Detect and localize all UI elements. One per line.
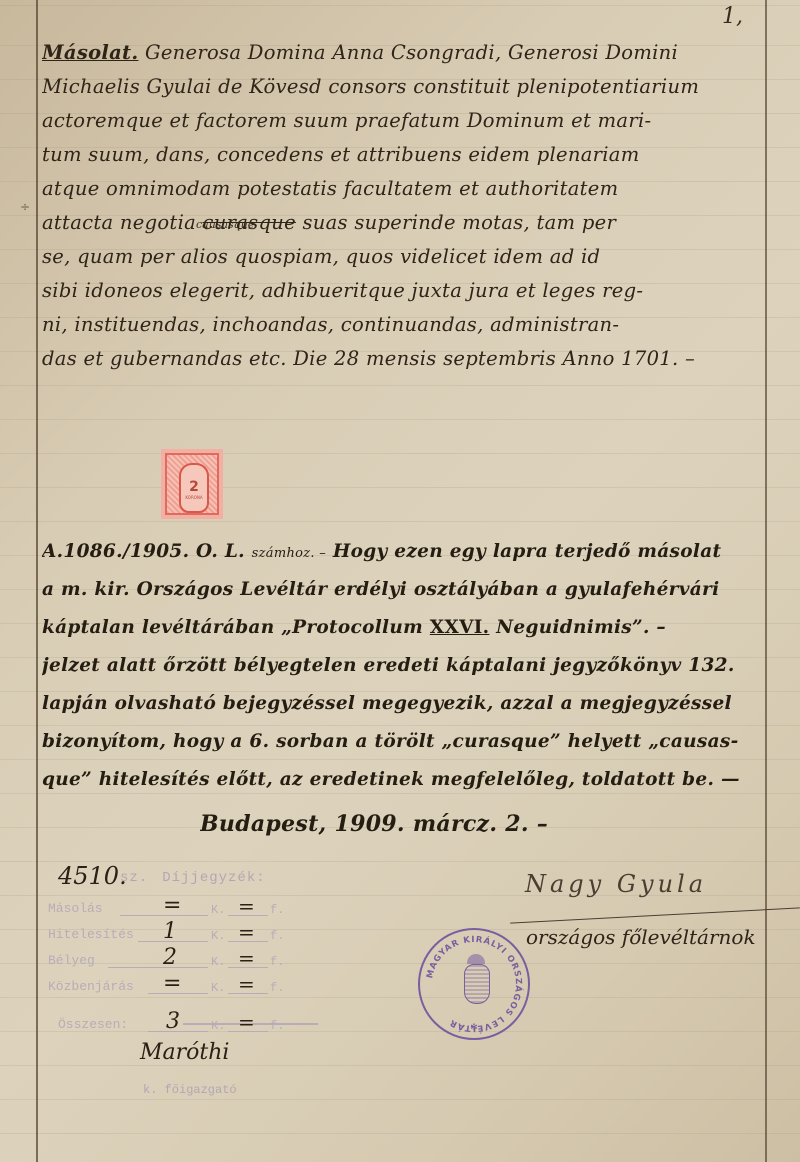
- certification-line-2: a m. kir. Országos Levéltár erdélyi oszt…: [42, 572, 762, 608]
- margin-mark: ÷: [20, 200, 30, 214]
- certification-line-1: A.1086./1905. O. L. számhoz. – Hogy ezen…: [42, 534, 762, 572]
- latin-line-7: se, quam per alios quospiam, quos videli…: [42, 240, 762, 274]
- fee-title-text: Díjjegyzék:: [162, 870, 265, 886]
- official-seal: MAGYAR KIRÁLYI ORSZÁGOS LEVÉLTÁR ✻: [418, 928, 530, 1040]
- fee-row-copying: Másolás = K. = f.: [48, 894, 308, 918]
- fee-filler: =: [238, 972, 255, 996]
- crown-shield-icon: 2 KORONA: [179, 463, 209, 513]
- fee-line: [108, 967, 208, 968]
- stamp-value: 2: [181, 479, 207, 495]
- director-signature: Maróthi: [140, 1040, 229, 1065]
- left-margin-rule: [36, 0, 38, 1162]
- latin-line-9: ni, instituendas, inchoandas, continuand…: [42, 308, 762, 342]
- fee-title-prefix: sz.: [120, 870, 148, 886]
- reference-number: A.1086./1905. O. L.: [42, 541, 245, 562]
- fee-filler: =: [238, 894, 255, 918]
- currency-f: f.: [270, 955, 284, 969]
- latin-text: Generosa Domina Anna Csongradi, Generosi…: [145, 41, 678, 64]
- latin-text: attacta negotia: [42, 211, 196, 234]
- fee-filler: =: [238, 946, 255, 970]
- fee-label: Hitelesítés: [48, 927, 134, 942]
- fee-korona: 2: [163, 945, 177, 970]
- certification-line-4: jelzet alatt őrzött bélyegtelen eredeti …: [42, 648, 762, 684]
- fee-korona: 1: [163, 919, 177, 944]
- director-title: k. főigazgató: [143, 1083, 237, 1097]
- latin-line-1: Másolat. Generosa Domina Anna Csongradi,…: [42, 36, 762, 70]
- latin-line-8: sibi idoneos elegerit, adhibueritque jux…: [42, 274, 762, 308]
- currency-f: f.: [270, 1019, 284, 1033]
- fee-label: Közbenjárás: [48, 979, 134, 994]
- cert-text: káptalan levéltárában „Protocollum: [42, 617, 423, 638]
- fee-label: Bélyeg: [48, 953, 95, 968]
- fee-filler: =: [238, 920, 255, 944]
- fee-total-korona: 3: [166, 1009, 180, 1034]
- fee-reference-number: 4510.: [58, 862, 127, 890]
- fee-korona: =: [163, 893, 181, 918]
- certification-line-7: que” hitelesítés előtt, az eredetinek me…: [42, 762, 762, 798]
- currency-k: K.: [211, 1019, 225, 1033]
- fee-total-label: Összesen:: [58, 1017, 128, 1032]
- latin-text: suas superinde motas, tam per: [302, 211, 616, 234]
- fee-total-filler: =: [238, 1010, 255, 1034]
- svg-text:✻: ✻: [470, 1023, 478, 1033]
- page-number: 1,: [722, 4, 743, 29]
- place-date: Budapest, 1909. márcz. 2. –: [200, 806, 600, 842]
- currency-f: f.: [270, 903, 284, 917]
- protocol-name: Neguidnimis”. –: [496, 617, 666, 638]
- latin-line-3: actoremque et factorem suum praefatum Do…: [42, 104, 762, 138]
- latin-line-5: atque omnimodam potestatis facultatem et…: [42, 172, 762, 206]
- fee-row-mediation: Közbenjárás = K. = f.: [48, 972, 308, 996]
- currency-k: K.: [211, 981, 225, 995]
- certification-line-6: bizonyítom, hogy a 6. sorban a törölt „c…: [42, 724, 762, 760]
- fee-row-total: Összesen: 3 K. = f.: [58, 1010, 318, 1034]
- roman-numeral: XXVI.: [430, 617, 490, 638]
- document-title: Másolat.: [42, 41, 138, 64]
- fee-row-stamp: Bélyeg 2 K. = f.: [48, 946, 308, 970]
- coat-of-arms-icon: [464, 964, 490, 1004]
- revenue-stamp: 2 KORONA: [161, 449, 223, 519]
- cert-text: Hogy ezen egy lapra terjedő másolat: [333, 541, 722, 562]
- certification-line-3: káptalan levéltárában „Protocollum XXVI.…: [42, 610, 762, 646]
- struck-word: curasque: [203, 211, 296, 234]
- latin-line-10: das et gubernandas etc. Die 28 mensis se…: [42, 342, 762, 376]
- currency-k: K.: [211, 955, 225, 969]
- certification-line-5: lapján olvasható bejegyzéssel megegyezik…: [42, 686, 762, 722]
- fee-row-authentication: Hitelesítés 1 K. = f.: [48, 920, 308, 944]
- fee-label: Másolás: [48, 901, 103, 916]
- currency-k: K.: [211, 903, 225, 917]
- currency-f: f.: [270, 981, 284, 995]
- archivist-title: országos főlevéltárnok: [526, 925, 756, 949]
- archivist-signature: Nagy Gyula: [525, 870, 707, 898]
- stamp-denomination: KORONA: [181, 495, 207, 500]
- reference-suffix: számhoz. –: [252, 546, 326, 561]
- currency-k: K.: [211, 929, 225, 943]
- stamp-border: 2 KORONA: [165, 453, 219, 515]
- currency-f: f.: [270, 929, 284, 943]
- latin-line-6: attacta negotia curasque suas superinde …: [42, 206, 762, 240]
- latin-line-2: Michaelis Gyulai de Kövesd consors const…: [42, 70, 762, 104]
- fee-korona: =: [163, 971, 181, 996]
- latin-line-4: tum suum, dans, concedens et attribuens …: [42, 138, 762, 172]
- fee-schedule-title: sz.Díjjegyzék:: [120, 870, 266, 886]
- right-margin-rule: [765, 0, 767, 1162]
